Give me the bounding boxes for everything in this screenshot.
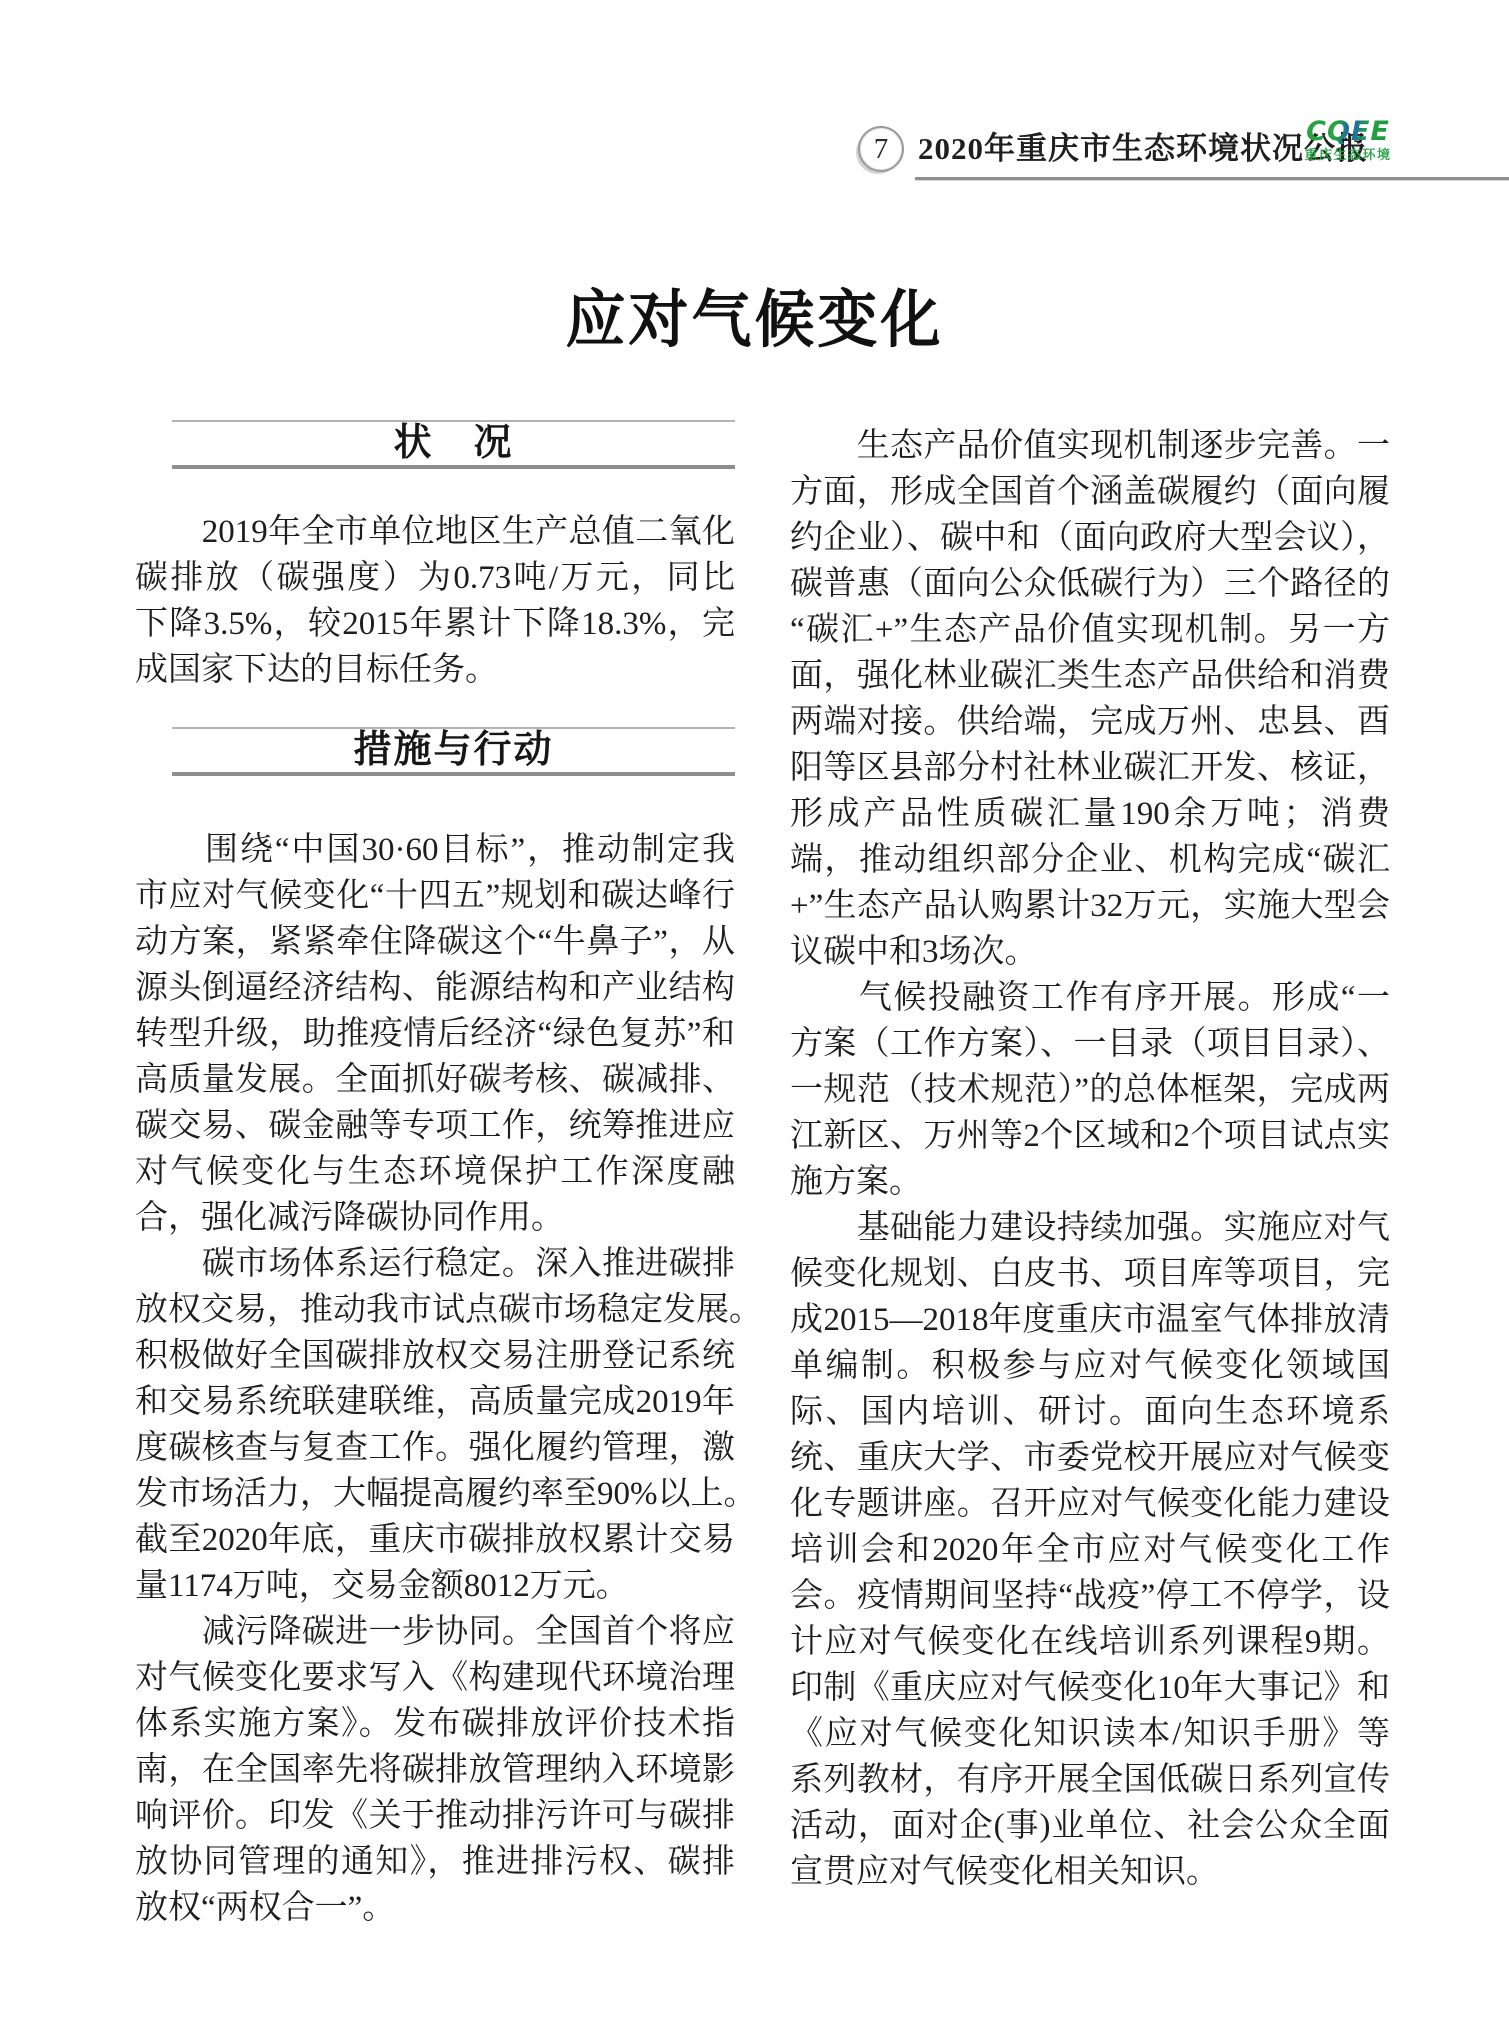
text-line: 端，推动组织部分企业、机构完成“碳汇 xyxy=(790,837,1390,883)
article-title: 应对气候变化 xyxy=(0,270,1509,359)
text-line: 施方案。 xyxy=(790,1159,1390,1205)
paragraph: 气候投融资工作有序开展。形成“一方案（工作方案）、一目录（项目目录）、一规范（技… xyxy=(790,975,1390,1205)
text-line: 培训会和2020年全市应对气候变化工作 xyxy=(790,1527,1390,1573)
text-line: 放权交易，推动我市试点碳市场稳定发展。 xyxy=(135,1287,735,1333)
cqee-logo-text: CQEE xyxy=(1298,118,1398,146)
text-line: 市应对气候变化“十四五”规划和碳达峰行 xyxy=(135,873,735,919)
text-line: 南，在全国率先将碳排放管理纳入环境影 xyxy=(135,1747,735,1793)
header-rule xyxy=(915,177,1509,180)
text-line: 方案（工作方案）、一目录（项目目录）、 xyxy=(790,1021,1390,1067)
paragraph: 2019年全市单位地区生产总值二氧化碳排放（碳强度）为0.73吨/万元，同比下降… xyxy=(135,509,735,693)
text-line: 系列教材，有序开展全国低碳日系列宣传 xyxy=(790,1757,1390,1803)
text-line: 量1174万吨，交易金额8012万元。 xyxy=(135,1563,735,1609)
text-line: 积极做好全国碳排放权交易注册登记系统 xyxy=(135,1333,735,1379)
section-heading: 措施与行动 xyxy=(172,727,735,776)
text-line: 印制《重庆应对气候变化10年大事记》和 xyxy=(790,1665,1390,1711)
text-line: 动方案，紧紧牵住降碳这个“牛鼻子”，从 xyxy=(135,919,735,965)
text-line: 气候投融资工作有序开展。形成“一 xyxy=(790,975,1390,1021)
paragraph: 生态产品价值实现机制逐步完善。一方面，形成全国首个涵盖碳履约（面向履约企业）、碳… xyxy=(790,423,1390,975)
text-line: 和交易系统联建联维，高质量完成2019年 xyxy=(135,1379,735,1425)
paragraph: 围绕“中国30·60目标”，推动制定我市应对气候变化“十四五”规划和碳达峰行动方… xyxy=(135,827,735,1241)
text-line: 生态产品价值实现机制逐步完善。一 xyxy=(790,423,1390,469)
text-line: 合，强化减污降碳协同作用。 xyxy=(135,1195,735,1241)
left-column: 状 况 2019年全市单位地区生产总值二氧化碳排放（碳强度）为0.73吨/万元，… xyxy=(135,420,735,1931)
text-line: 基础能力建设持续加强。实施应对气 xyxy=(790,1205,1390,1251)
text-line: 一规范（技术规范）”的总体框架，完成两 xyxy=(790,1067,1390,1113)
text-line: 宣贯应对气候变化相关知识。 xyxy=(790,1849,1390,1895)
text-line: 碳交易、碳金融等专项工作，统筹推进应 xyxy=(135,1103,735,1149)
text-line: 统、重庆大学、市委党校开展应对气候变 xyxy=(790,1435,1390,1481)
text-line: 候变化规划、白皮书、项目库等项目，完 xyxy=(790,1251,1390,1297)
text-line: 对气候变化要求写入《构建现代环境治理 xyxy=(135,1655,735,1701)
text-line: 《应对气候变化知识读本/知识手册》等 xyxy=(790,1711,1390,1757)
text-line: 形成产品性质碳汇量190余万吨；消费 xyxy=(790,791,1390,837)
text-line: 碳普惠（面向公众低碳行为）三个路径的 xyxy=(790,561,1390,607)
text-line: 会。疫情期间坚持“战疫”停工不停学，设 xyxy=(790,1573,1390,1619)
text-line: 转型升级，助推疫情后经济“绿色复苏”和 xyxy=(135,1011,735,1057)
paragraph: 基础能力建设持续加强。实施应对气候变化规划、白皮书、项目库等项目，完成2015—… xyxy=(790,1205,1390,1895)
text-line: 方面，形成全国首个涵盖碳履约（面向履 xyxy=(790,469,1390,515)
text-line: 面，强化林业碳汇类生态产品供给和消费 xyxy=(790,653,1390,699)
text-line: 活动，面对企(事)业单位、社会公众全面 xyxy=(790,1803,1390,1849)
text-line: 下降3.5%，较2015年累计下降18.3%，完 xyxy=(135,601,735,647)
text-line: 围绕“中国30·60目标”，推动制定我 xyxy=(135,827,735,873)
paragraph: 减污降碳进一步协同。全国首个将应对气候变化要求写入《构建现代环境治理体系实施方案… xyxy=(135,1609,735,1931)
text-line: 际、国内培训、研讨。面向生态环境系 xyxy=(790,1389,1390,1435)
text-line: 约企业）、碳中和（面向政府大型会议）， xyxy=(790,515,1390,561)
right-column: 生态产品价值实现机制逐步完善。一方面，形成全国首个涵盖碳履约（面向履约企业）、碳… xyxy=(790,423,1390,1895)
text-line: 减污降碳进一步协同。全国首个将应 xyxy=(135,1609,735,1655)
text-line: 成2015—2018年度重庆市温室气体排放清 xyxy=(790,1297,1390,1343)
text-line: 2019年全市单位地区生产总值二氧化 xyxy=(135,509,735,555)
text-line: 发市场活力，大幅提高履约率至90%以上。 xyxy=(135,1471,735,1517)
text-line: 碳市场体系运行稳定。深入推进碳排 xyxy=(135,1241,735,1287)
text-line: 截至2020年底，重庆市碳排放权累计交易 xyxy=(135,1517,735,1563)
text-line: 阳等区县部分村社林业碳汇开发、核证， xyxy=(790,745,1390,791)
text-line: 计应对气候变化在线培训系列课程9期。 xyxy=(790,1619,1390,1665)
text-line: 对气候变化与生态环境保护工作深度融 xyxy=(135,1149,735,1195)
text-line: 响评价。印发《关于推动排污许可与碳排 xyxy=(135,1793,735,1839)
cqee-logo-subtext: 重庆生态环境 xyxy=(1298,148,1398,163)
text-line: 两端对接。供给端，完成万州、忠县、酉 xyxy=(790,699,1390,745)
cqee-logo: CQEE 重庆生态环境 xyxy=(1298,118,1398,163)
page: 7 2020年重庆市生态环境状况公报 CQEE 重庆生态环境 应对气候变化 状 … xyxy=(0,0,1509,2019)
text-line: 体系实施方案》。发布碳排放评价技术指 xyxy=(135,1701,735,1747)
text-line: +”生态产品认购累计32万元，实施大型会 xyxy=(790,883,1390,929)
section-body: 围绕“中国30·60目标”，推动制定我市应对气候变化“十四五”规划和碳达峰行动方… xyxy=(135,827,735,1931)
text-line: 江新区、万州等2个区域和2个项目试点实 xyxy=(790,1113,1390,1159)
text-line: 成国家下达的目标任务。 xyxy=(135,647,735,693)
paragraph: 碳市场体系运行稳定。深入推进碳排放权交易，推动我市试点碳市场稳定发展。积极做好全… xyxy=(135,1241,735,1609)
text-line: 放协同管理的通知》，推进排污权、碳排 xyxy=(135,1839,735,1885)
text-line: 源头倒逼经济结构、能源结构和产业结构 xyxy=(135,965,735,1011)
text-line: 放权“两权合一”。 xyxy=(135,1885,735,1931)
text-line: 单编制。积极参与应对气候变化领域国 xyxy=(790,1343,1390,1389)
text-line: 化专题讲座。召开应对气候变化能力建设 xyxy=(790,1481,1390,1527)
page-number-badge: 7 xyxy=(858,126,904,172)
text-line: “碳汇+”生态产品价值实现机制。另一方 xyxy=(790,607,1390,653)
section-body: 2019年全市单位地区生产总值二氧化碳排放（碳强度）为0.73吨/万元，同比下降… xyxy=(135,509,735,693)
page-number: 7 xyxy=(860,128,902,170)
text-line: 碳排放（碳强度）为0.73吨/万元，同比 xyxy=(135,555,735,601)
text-line: 高质量发展。全面抓好碳考核、碳减排、 xyxy=(135,1057,735,1103)
text-line: 议碳中和3场次。 xyxy=(790,929,1390,975)
section-heading: 状 况 xyxy=(172,420,735,469)
text-line: 度碳核查与复查工作。强化履约管理，激 xyxy=(135,1425,735,1471)
